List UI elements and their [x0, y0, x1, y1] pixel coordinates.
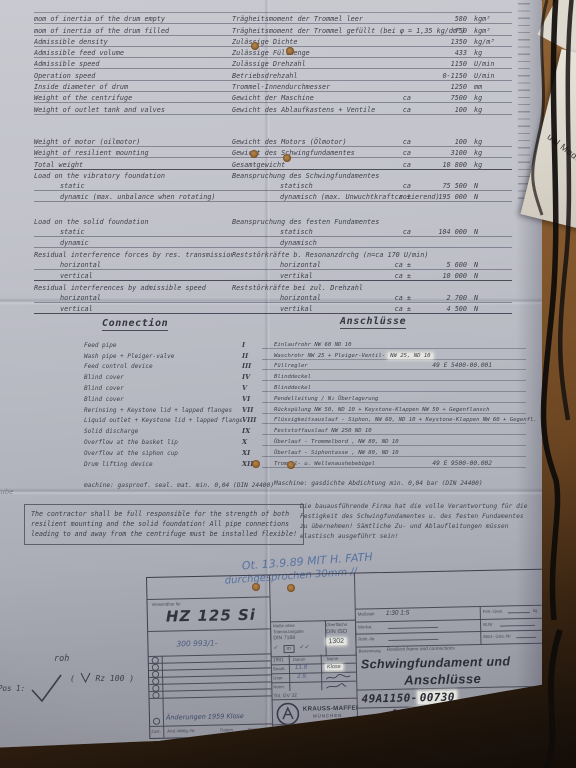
spec-value: 3100 [411, 149, 467, 157]
spec-label-de: Gewicht des Ablaufkastens + Ventile [232, 106, 385, 114]
spec-approx: ca [385, 94, 411, 102]
connection-row: Drum lifting device XII Trommel- u. Well… [84, 457, 526, 468]
spec-approx: ca ± [385, 193, 411, 201]
spec-label-de: Reststörkräfte bei zul. Drehzahl [232, 284, 385, 292]
spec-value: 580 [411, 15, 467, 23]
photo-of-spec-sheet: ual Modem mom of inertia of the drum emp… [0, 0, 576, 768]
werkst-label: Werkst. [358, 624, 373, 629]
spec-label-de: dynamisch (max. Unwuchtkraft rotierend) [258, 193, 385, 201]
connection-label-en: Blind cover [84, 385, 242, 392]
spec-unit: kg [467, 138, 512, 146]
revision-entry: Änderungen 1959 Klose [166, 712, 244, 722]
spec-label-en: horizontal [34, 294, 258, 302]
spec-unit: N [467, 272, 512, 280]
connection-numeral: X [242, 438, 262, 446]
connection-label-de: Blinddeckel [262, 374, 526, 381]
connection-row: Solid discharge IX Feststoffauslauf NW 2… [84, 424, 526, 435]
connection-label-de: Pendelleitung / N₂ Überlagerung [262, 396, 526, 403]
spec-label-en: mom of inertia of the drum empty [34, 15, 232, 23]
surface-norm1: DIN ISO [326, 629, 347, 635]
punch-hole [287, 461, 295, 469]
surface-finish-symbol: ( Rz 100 ) [70, 672, 134, 683]
rev-col-mittlg: Änd.-Mittlg.-Nr [167, 728, 195, 734]
connection-list: Feed pipe I Einlaufrohr NW 60 ND 10 Wash… [84, 338, 526, 468]
spec-unit: kg [467, 161, 512, 169]
surface-roh-label: roh [54, 654, 69, 664]
spec-approx: ca [385, 161, 411, 169]
rev-col-zust: Zust. [151, 729, 161, 734]
modem-box-label: ual Modem [545, 132, 576, 170]
bearb-name: Klose [325, 664, 343, 670]
connection-de-text: Blinddeckel [274, 385, 311, 391]
spec-label-de: dynamisch [258, 239, 385, 247]
connection-numeral: VI [242, 395, 262, 403]
connection-numeral: III [242, 362, 262, 370]
title-block: Verwendbar für HZ 125 Si 300 993/1- Ände… [146, 569, 547, 739]
roht-nr-label: Roht.-Nr [358, 636, 374, 641]
spec-value: 10 800 [411, 161, 467, 169]
punch-hole [252, 460, 260, 468]
connection-label-de: Blinddeckel [262, 385, 526, 392]
connection-label-de: Trommel- u. Wellenaushebebügel 49 E 9500… [262, 460, 526, 468]
spec-row: Admissible feed volume Zulässige Füllmen… [34, 47, 512, 58]
connection-label-en: Overflow at the basket lip [84, 439, 242, 446]
spec-row: horizontal horizontal ca ± 5 600 N [34, 259, 512, 270]
drawing-number-highlight: 00730 [418, 691, 457, 705]
punch-hole [283, 154, 291, 162]
spec-value: 1150 [411, 60, 467, 68]
title-de-line2: Anschlüsse [404, 671, 481, 688]
connection-label-de: Waschrohr NW 25 + Pleiger-Ventil- NW 25,… [262, 353, 526, 360]
spec-label-en: dynamic [34, 239, 258, 247]
spec-label-en: Load on the solid foundation [34, 218, 232, 226]
spec-label-de: Betriebsdrehzahl [232, 72, 385, 80]
spec-label-en: static [34, 228, 258, 236]
spec-approx: ca ± [385, 261, 411, 269]
spec-table: mom of inertia of the drum empty Träghei… [34, 12, 512, 314]
connection-numeral: VII [242, 406, 262, 414]
surface-box: Oberfläche DIN ISO 1302 [324, 620, 357, 657]
spec-unit: N [467, 305, 512, 313]
spec-label-de: statisch [258, 182, 385, 190]
spec-label-en: Residual interference forces by res. tra… [34, 251, 232, 259]
revision-mark-icon [152, 664, 159, 671]
title-de-line1: Schwingfundament und [361, 654, 511, 671]
paren: ( [70, 674, 75, 683]
revision-mark-icon [152, 671, 159, 678]
rz-value: Rz 100 [95, 674, 124, 683]
connection-doc-number: 49 E 5400-00.001 [432, 362, 492, 369]
connection-label-en: Wash pipe + Pleiger-valve [84, 353, 242, 360]
connection-de-text: Überlauf - Trommelbord , NW 80, ND 10 [274, 439, 399, 445]
spec-sheet-paper: mom of inertia of the drum empty Träghei… [0, 0, 542, 750]
spec-label-de: vertikal [258, 305, 385, 313]
connection-de-text: Überlauf - Siphontasse , NW 80, ND 10 [274, 450, 399, 456]
connection-highlight: NW 25, ND 10 [388, 353, 432, 359]
margin-faint-text: oube [0, 488, 13, 496]
paper-edge-perforation [518, 0, 530, 205]
connection-label-de: Einlaufrohr NW 60 ND 10 [262, 342, 526, 349]
connection-label-en: Feed control device [84, 363, 242, 370]
rev-col-datum: Datum [220, 727, 233, 732]
spec-value: 195 000 [411, 193, 467, 201]
spec-label-en: vertical [34, 272, 258, 280]
spec-row: dynamic (max. unbalance when rotating) d… [34, 191, 512, 202]
wnr-label: W.Nr [483, 622, 493, 627]
spec-approx: ca [385, 138, 411, 146]
spec-label-de: Gewicht der Maschine [232, 94, 385, 102]
spec-value: 0-1150 [411, 72, 467, 80]
signature-icon [300, 725, 334, 733]
spec-row: vertical vertikal ca ± 4 500 N [34, 303, 512, 314]
spec-value: 75 500 [411, 182, 467, 190]
connection-row: Feed control device III Füllregler 49 E … [84, 360, 526, 371]
spec-approx: ca ± [385, 294, 411, 302]
part-number-highlight: 2455 [411, 708, 441, 720]
spec-approx: ca ± [385, 272, 411, 280]
tol-gv-label: Tol. GV 32 [273, 693, 296, 699]
spec-label-de: Trägheitsmoment der Trommel leer [232, 15, 385, 23]
connection-row: Overflow at the siphon cup XI Überlauf -… [84, 446, 526, 457]
contractor-note-en: The contractor shall be full responsible… [24, 504, 304, 545]
spec-row: Admissible density Zulässige Dichte 1350… [34, 36, 512, 47]
spec-label-en: Admissible feed volume [34, 49, 232, 57]
spec-row: Inside diameter of drum Trommel-Innendur… [34, 81, 512, 92]
bearb-date: 11.8 [295, 665, 307, 671]
connection-row: Blind cover IV Blinddeckel [84, 370, 526, 381]
spec-value: 750 [411, 27, 467, 35]
connection-numeral: IX [242, 427, 262, 435]
gepr-label: Gepr. [273, 675, 284, 680]
check-icon: ✓✓ [299, 644, 309, 651]
spec-label-en: static [34, 182, 258, 190]
spec-label-de: Beanspruchung des festen Fundamentes [232, 218, 385, 226]
connection-label-en: Blind cover [84, 374, 242, 381]
spec-label-en: Admissible density [34, 38, 232, 46]
spec-value: 100 [411, 106, 467, 114]
spec-label-de: Zulässige Füllmenge [232, 49, 385, 57]
connection-label-en: Liquid outlet + Keystone lid + lapped fl… [84, 417, 242, 424]
position-label: Pos 1: [0, 684, 25, 693]
datum-col-header: Datum [293, 657, 306, 662]
connection-numeral: I [242, 341, 262, 349]
spec-unit: kgm² [467, 27, 512, 35]
spec-approx: ca ± [385, 305, 411, 313]
spec-row: vertical vertikal ca ± 10 000 N [34, 270, 512, 281]
spec-row: static statisch ca 75 500 N [34, 180, 512, 191]
spec-row: Residual interference forces by res. tra… [34, 248, 512, 258]
bearb-label: Bearb. [273, 666, 286, 671]
gepr-date: 2.9. [297, 674, 308, 680]
norm-label: Norm [273, 684, 284, 689]
spec-label-en: Total weight [34, 161, 232, 169]
spec-row: Admissible speed Zulässige Drehzahl 1150… [34, 58, 512, 69]
spec-value: 5 600 [411, 261, 467, 269]
connection-numeral: XI [242, 449, 262, 457]
connection-de-text: Flüssigkeitsauslauf - Siphon, NW 60, ND … [274, 417, 537, 423]
revision-mark-icon [152, 692, 159, 699]
connection-de-text: Rückspülung NW 50, ND 10 + Keystone-Klap… [274, 407, 490, 413]
revision-mark-icon [152, 685, 159, 692]
spec-label-de: vertikal [258, 272, 385, 280]
spec-row: mom of inertia of the drum filled Träghe… [34, 24, 512, 35]
spec-label-de: Trägheitsmoment der Trommel gefüllt (bei… [232, 27, 385, 35]
spec-label-en: vertical [34, 305, 258, 313]
spec-value: 1250 [411, 83, 467, 91]
spec-label-de: Beanspruchung des Schwingfundamentes [232, 172, 385, 180]
spec-value: 10 000 [411, 272, 467, 280]
part-number: 2072455 [392, 708, 441, 720]
connection-label-de: Füllregler 49 E 5400-00.001 [262, 362, 526, 370]
spec-row: Total weight Gesamtgewicht ca 10 800 kg [34, 158, 512, 169]
connection-label-en: Feed pipe [84, 342, 242, 349]
spec-label-en: Operation speed [34, 72, 232, 80]
connection-label-en: Blind cover [84, 396, 242, 403]
brand-name: KRAUSS-MAFFEI [303, 705, 358, 713]
drawing-number-prefix: 49A1150- [361, 691, 417, 705]
surface-check-icon [30, 672, 64, 704]
connection-label-en: Rerinsing + Keystone lid + lapped flange… [84, 407, 242, 414]
spec-label-en: mom of inertia of the drum filled [34, 27, 232, 35]
surface-norm2: 1302 [326, 638, 346, 645]
title-en: Resilient frame and connections [387, 647, 455, 653]
massstab-value: 1:30 1:5 [386, 609, 410, 616]
tolerance-box: Maße ohne Toleranzangabe DIN 7168 ✓ m ✓✓ [270, 620, 327, 657]
krauss-maffei-logo [276, 702, 300, 726]
handwritten-part-ref: 300 993/1- [176, 639, 217, 649]
connection-doc-number: 49 E 9500-00.002 [432, 460, 492, 467]
spec-unit: U/min [467, 60, 512, 68]
connection-de-text: Füllregler [274, 363, 308, 369]
connection-de-text: Waschrohr NW 25 + Pleiger-Ventil- [274, 353, 385, 359]
surface-line1: Oberfläche [326, 622, 347, 627]
model-number: HZ 125 Si [166, 606, 256, 626]
spec-label-de: horizontal [258, 294, 385, 302]
punch-hole [251, 42, 259, 50]
connection-row: Blind cover V Blinddeckel [84, 381, 526, 392]
massstab-label: Maßstab [358, 611, 375, 616]
connection-row: Rerinsing + Keystone lid + lapped flange… [84, 403, 526, 414]
spec-label-en: Weight of motor (oilmotor) [34, 138, 232, 146]
connection-de-text: Einlaufrohr NW 60 ND 10 [274, 342, 351, 348]
spec-approx: ca [385, 182, 411, 190]
spec-value: 100 [411, 138, 467, 146]
connection-label-de: Rückspülung NW 50, ND 10 + Keystone-Klap… [262, 407, 526, 414]
fold-crease [0, 488, 542, 495]
tolerance-norm: DIN 7168 [273, 635, 295, 641]
verwendbar-label: Verwendbar für [152, 601, 181, 607]
spec-unit: N [467, 294, 512, 302]
mod-gea-nr-label: Mod.- Gea.-Nr [483, 633, 511, 639]
spec-row: horizontal horizontal ca ± 2 700 N [34, 292, 512, 303]
spec-row: Weight of motor (oilmotor) Gewicht des M… [34, 136, 512, 147]
spec-label-de: Reststörkräfte b. Resonanzdrchg (n=ca 17… [232, 251, 385, 259]
punch-hole [250, 150, 258, 158]
spec-label-en: dynamic (max. unbalance when rotating) [34, 193, 258, 201]
connection-row: Blind cover VI Pendelleitung / N₂ Überla… [84, 392, 526, 403]
connection-row: Feed pipe I Einlaufrohr NW 60 ND 10 [84, 338, 526, 349]
connection-label-en: Overflow at the siphon cup [84, 450, 242, 457]
spec-unit: mm [467, 83, 512, 91]
spec-unit: kg [467, 94, 512, 102]
connection-label-en: Drum lifting device [84, 461, 242, 468]
connection-label-de: Überlauf - Siphontasse , NW 80, ND 10 [262, 450, 526, 457]
connection-row: Overflow at the basket lip X Überlauf - … [84, 435, 526, 446]
spec-value: 104 000 [411, 228, 467, 236]
spec-label-en: Admissible speed [34, 60, 232, 68]
connection-row: Wash pipe + Pleiger-valve II Waschrohr N… [84, 349, 526, 360]
triangle-finish-icon [80, 672, 91, 683]
spec-label-en: horizontal [34, 261, 258, 269]
spec-row: Weight of outlet tank and valves Gewicht… [34, 103, 512, 114]
connection-numeral: V [242, 384, 262, 392]
benennung-label: Benennung [359, 648, 381, 653]
revision-mark-icon [153, 718, 160, 725]
spec-unit: kg [467, 49, 512, 57]
spec-value: 4 500 [411, 305, 467, 313]
spec-unit: kgm² [467, 15, 512, 23]
spec-approx: ca [385, 228, 411, 236]
connection-numeral: II [242, 352, 262, 360]
spec-unit: kg [467, 106, 512, 114]
spec-label-de: Trommel-Innendurchmesser [232, 83, 385, 91]
revision-mark-icon [152, 657, 159, 664]
spec-row: static statisch ca 104 000 N [34, 226, 512, 237]
spec-label-de: Gewicht des Motors (Ölmotor) [232, 138, 385, 146]
paren: ) [129, 674, 134, 683]
part-number-prefix: 207 [392, 708, 411, 719]
spec-row: Load on the solid foundation Beanspruchu… [34, 215, 512, 225]
spec-unit: U/min [467, 72, 512, 80]
signature-icon [325, 683, 347, 690]
fert-gew-unit: kg [533, 608, 538, 613]
spec-unit: N [467, 193, 512, 201]
tolerance-line2: Toleranzangabe [273, 629, 304, 635]
connection-de-text: Feststoffauslauf NW 250 ND 10 [274, 428, 372, 434]
spec-row: Weight of the centrifuge Gewicht der Mas… [34, 92, 512, 103]
spec-unit: N [467, 228, 512, 236]
connection-numeral: VIII [242, 416, 262, 424]
spec-row: dynamic dynamisch [34, 237, 512, 248]
drawing-number: 49A1150-00730 [361, 691, 457, 706]
spec-label-de: Gesamtgewicht [232, 161, 385, 169]
punch-hole [286, 47, 294, 55]
machine-note-en: machine: gasproof. seal. mat. min. 0,04 … [84, 482, 274, 489]
connection-de-text: Blinddeckel [274, 374, 311, 380]
connection-numeral: IV [242, 373, 262, 381]
contractor-note-de: Die bauausführende Firma hat die volle V… [300, 502, 534, 542]
spec-value: 7500 [411, 94, 467, 102]
connection-label-de: Überlauf - Trommelbord , NW 80, ND 10 [262, 439, 526, 446]
rev-col-name: Name [248, 727, 260, 732]
spec-label-de: horizontal [258, 261, 385, 269]
connection-de-text: Pendelleitung / N₂ Überlagerung [274, 396, 378, 402]
spec-label-de: statisch [258, 228, 385, 236]
connection-header-en: Connection [102, 318, 168, 331]
signature-icon [325, 674, 351, 682]
spec-label-en: Inside diameter of drum [34, 83, 232, 91]
spec-approx: ca [385, 149, 411, 157]
fert-gew-label: Fert.-Gew. [483, 609, 503, 614]
spec-approx: ca [385, 106, 411, 114]
spec-label-en: Weight of outlet tank and valves [34, 106, 232, 114]
brand-city: MÜNCHEN [313, 713, 343, 719]
spec-label-en: Residual interferences by admissible spe… [34, 284, 232, 292]
spec-value: 433 [411, 49, 467, 57]
year-label: 1981 [273, 657, 284, 663]
spec-unit: N [467, 261, 512, 269]
check-icon: ✓ [273, 644, 278, 651]
urspr-label: Urspr. [274, 727, 286, 732]
revision-mark-icon [152, 678, 159, 685]
spec-value: 2 700 [411, 294, 467, 302]
name-col-header: Name [327, 656, 339, 661]
spec-label-en: Weight of resilient mounting [34, 149, 232, 157]
connection-header-de: Anschlüsse [340, 316, 406, 329]
connection-row: Liquid outlet + Keystone lid + lapped fl… [84, 414, 526, 425]
spec-row: Operation speed Betriebsdrehzahl 0-1150 … [34, 69, 512, 80]
connection-label-de: Feststoffauslauf NW 250 ND 10 [262, 428, 526, 435]
spec-label-en: Weight of the centrifuge [34, 94, 232, 102]
spec-value: 1350 [411, 38, 467, 46]
spec-unit: kg/m³ [467, 38, 512, 46]
tolerance-class-m: m [283, 645, 294, 653]
spec-row: Load on the vibratory foundation Beanspr… [34, 170, 512, 180]
machine-note-de: Maschine: gasdichte Abdichtung min. 0,04… [274, 480, 483, 487]
connection-label-en: Solid discharge [84, 428, 242, 435]
spec-label-de: Zulässige Drehzahl [232, 60, 385, 68]
connection-label-de: Flüssigkeitsauslauf - Siphon, NW 60, ND … [262, 417, 526, 424]
spec-row: mom of inertia of the drum empty Träghei… [34, 13, 512, 24]
spec-row: Residual interferences by admissible spe… [34, 281, 512, 291]
spec-label-en: Load on the vibratory foundation [34, 172, 232, 180]
spec-row: Weight of resilient mounting Gewicht des… [34, 147, 512, 158]
spec-unit: N [467, 182, 512, 190]
spec-unit: kg [467, 149, 512, 157]
tolerance-line1: Maße ohne [273, 623, 295, 628]
